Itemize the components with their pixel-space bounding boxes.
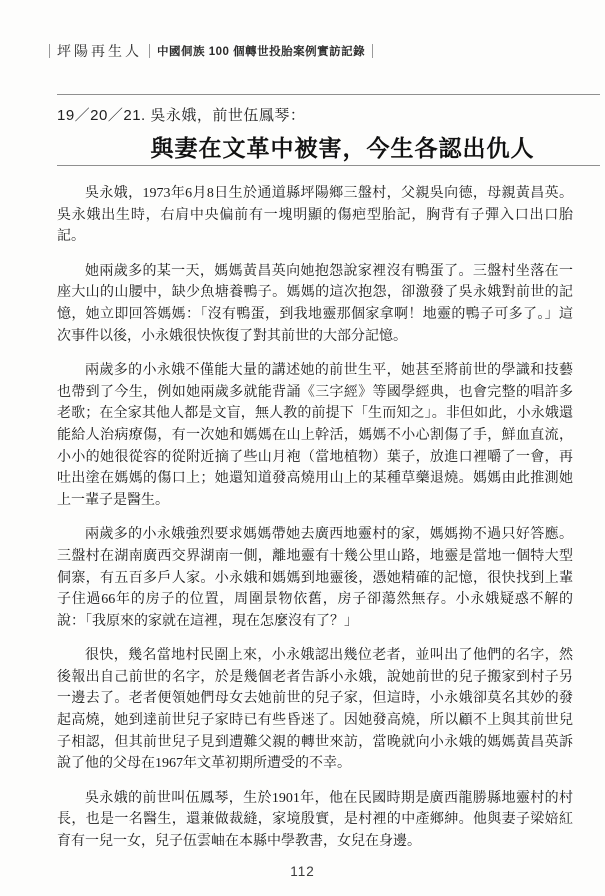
paragraph: 吳永娥的前世叫伍鳳琴，生於1901年，他在民國時期是廣西龍勝縣地靈村的村長，也是…	[57, 788, 573, 853]
paragraph: 吳永娥，1973年6月8日生於通道縣坪陽鄉三盤村，父親吳向德，母親黃昌英。吳永娥…	[57, 183, 573, 248]
divider-bar-icon	[372, 44, 373, 58]
paragraph: 兩歲多的小永娥強烈要求媽媽帶她去廣西地靈村的家，媽媽拗不過只好答應。三盤村在湖南…	[57, 524, 573, 632]
divider-bar-icon	[49, 44, 50, 58]
page-number: 112	[0, 864, 605, 879]
case-label: 19／20／21. 吳永娥，前世伍鳳琴：	[57, 104, 600, 125]
paragraph: 兩歲多的小永娥不僅能大量的講述她的前世生平，她甚至將前世的學識和技藝也帶到了今生…	[57, 360, 573, 511]
book-title: 坪陽再生人	[57, 41, 142, 61]
chapter-title-block: 19／20／21. 吳永娥，前世伍鳳琴： 與妻在文革中被害，今生各認出仇人	[57, 94, 600, 166]
book-page: 坪陽再生人 中國侗族 100 個轉世投胎案例實訪記錄 19／20／21. 吳永娥…	[0, 0, 605, 896]
body-text: 吳永娥，1973年6月8日生於通道縣坪陽鄉三盤村，父親吳向德，母親黃昌英。吳永娥…	[57, 183, 573, 866]
running-head: 坪陽再生人 中國侗族 100 個轉世投胎案例實訪記錄	[42, 41, 380, 61]
divider-bar-icon	[149, 44, 150, 58]
book-subtitle: 中國侗族 100 個轉世投胎案例實訪記錄	[157, 43, 365, 59]
paragraph: 她兩歲多的某一天，媽媽黃昌英向她抱怨說家裡沒有鴨蛋了。三盤村坐落在一座大山的山腰…	[57, 261, 573, 347]
paragraph: 很快，幾名當地村民圍上來，小永娥認出幾位老者，並叫出了他們的名字，然後報出自己前…	[57, 645, 573, 775]
chapter-headline: 與妻在文革中被害，今生各認出仇人	[57, 130, 600, 163]
